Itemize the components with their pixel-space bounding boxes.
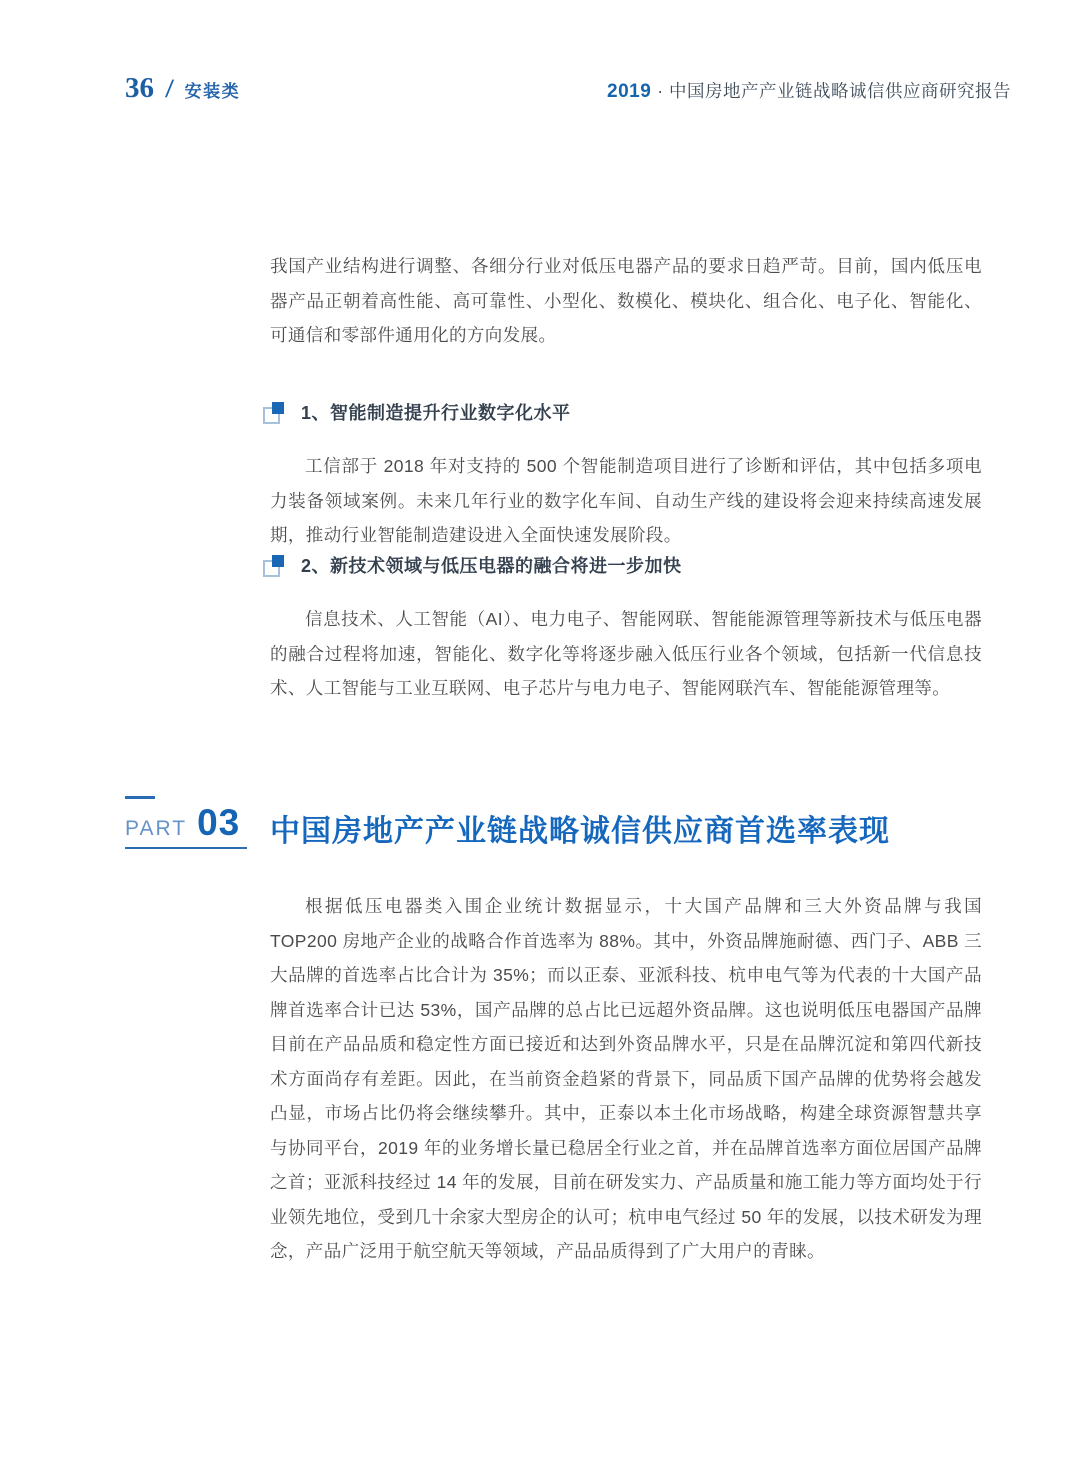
intro-paragraph: 我国产业结构进行调整、各细分行业对低压电器产品的要求日趋严苛。目前，国内低压电器… — [270, 249, 982, 353]
page-header: 36 / 安装类 2019 · 中国房地产产业链战略诚信供应商研究报告 — [125, 72, 1011, 105]
report-title: · 中国房地产产业链战略诚信供应商研究报告 — [657, 78, 1011, 103]
subsection-1-heading-row: 1、智能制造提升行业数字化水平 — [263, 400, 982, 426]
part-section-body: 根据低压电器类入围企业统计数据显示，十大国产品牌和三大外资品牌与我国 TOP20… — [270, 889, 982, 1269]
overlapping-squares-icon — [263, 402, 287, 426]
subsection-2-heading: 2、新技术领域与低压电器的融合将进一步加快 — [301, 553, 682, 579]
report-page: { "header": { "page_number": "36", "sepa… — [0, 0, 1075, 1459]
subsection-2-body: 信息技术、人工智能（AI）、电力电子、智能网联、智能能源管理等新技术与低压电器的… — [270, 602, 982, 706]
page-number: 36 — [125, 72, 154, 105]
square-solid — [272, 402, 284, 414]
part-number: 03 — [197, 806, 240, 840]
subsection-1-body: 工信部于 2018 年对支持的 500 个智能制造项目进行了诊断和评估，其中包括… — [270, 449, 982, 553]
overlapping-squares-icon — [263, 555, 287, 579]
part-label-row: PART 03 — [125, 806, 247, 841]
part-label: PART — [125, 817, 187, 841]
part-section-title: 中国房地产产业链战略诚信供应商首选率表现 — [270, 806, 982, 850]
part-badge: PART 03 — [125, 796, 247, 849]
header-right: 2019 · 中国房地产产业链战略诚信供应商研究报告 — [607, 78, 1011, 103]
report-year: 2019 — [607, 81, 651, 103]
square-solid — [272, 555, 284, 567]
intro-paragraph-block: 我国产业结构进行调整、各细分行业对低压电器产品的要求日趋严苛。目前，国内低压电器… — [270, 249, 982, 353]
subsection-2-body-block: 信息技术、人工智能（AI）、电力电子、智能网联、智能能源管理等新技术与低压电器的… — [270, 602, 982, 706]
section-category-label: 安装类 — [185, 77, 241, 102]
part-section-body-block: 根据低压电器类入围企业统计数据显示，十大国产品牌和三大外资品牌与我国 TOP20… — [270, 889, 982, 1269]
subsection-1-heading: 1、智能制造提升行业数字化水平 — [301, 400, 571, 426]
subsection-1-body-block: 工信部于 2018 年对支持的 500 个智能制造项目进行了诊断和评估，其中包括… — [270, 449, 982, 553]
header-left: 36 / 安装类 — [125, 72, 240, 105]
header-slash-divider: / — [164, 76, 175, 104]
part-underline-rule — [125, 847, 247, 849]
subsection-2-heading-row: 2、新技术领域与低压电器的融合将进一步加快 — [263, 553, 982, 579]
part-overline-rule — [125, 796, 155, 799]
